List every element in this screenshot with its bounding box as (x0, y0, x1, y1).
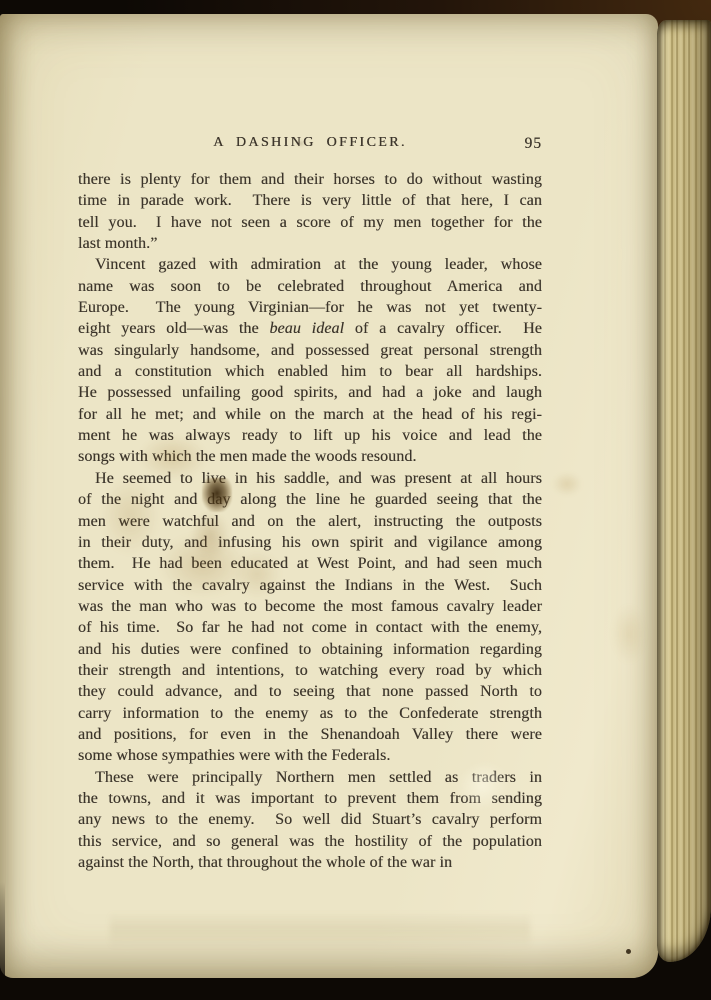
text-line: and his duties were confined to obtainin… (78, 639, 542, 660)
text-line: of his time. So far he had not come in c… (78, 617, 542, 638)
text-line: this service, and so general was the hos… (78, 831, 542, 852)
book-page: A DASHING OFFICER. 95 there is plenty fo… (0, 14, 658, 978)
text-line: Europe. The young Virginian—for he was n… (78, 297, 542, 318)
page-number: 95 (525, 135, 543, 153)
text-line: they could advance, and to seeing that n… (78, 681, 542, 702)
text-line: some whose sympathies were with the Fede… (78, 745, 542, 766)
text-line: tell you. I have not seen a score of my … (78, 212, 542, 233)
paper-speck (626, 949, 631, 954)
text-line: eight years old—was the beau ideal of a … (78, 318, 542, 339)
paper-stain (612, 604, 646, 664)
text-line: any news to the enemy. So well did Stuar… (78, 809, 542, 830)
text-line: there is plenty for them and their horse… (78, 169, 542, 190)
text-line: men were watchful and on the alert, inst… (78, 511, 542, 532)
page-curvature-shadow (110, 912, 530, 948)
paragraph: there is plenty for them and their horse… (78, 169, 542, 254)
text-line: was singularly handsome, and possessed g… (78, 340, 542, 361)
text-line: and a constitution which enabled him to … (78, 361, 542, 382)
text-line: songs with which the men made the woods … (78, 446, 542, 467)
page-header: A DASHING OFFICER. 95 (78, 135, 542, 157)
page-text: there is plenty for them and their horse… (78, 169, 542, 873)
text-line: the towns, and it was important to preve… (78, 788, 542, 809)
paragraph: Vincent gazed with admiration at the you… (78, 254, 542, 467)
text-line: their strength and intentions, to watchi… (78, 660, 542, 681)
text-line: in their duty, and infusing his own spir… (78, 532, 542, 553)
text-line: He seemed to live in his saddle, and was… (78, 468, 542, 489)
text-line: of the night and day along the line he g… (78, 489, 542, 510)
paragraph: These were principally Northern men sett… (78, 767, 542, 874)
text-line: them. He had been educated at West Point… (78, 553, 542, 574)
text-line: Vincent gazed with admiration at the you… (78, 254, 542, 275)
text-line: ment he was always ready to lift up his … (78, 425, 542, 446)
text-line: for all he met; and while on the march a… (78, 404, 542, 425)
text-line: time in parade work. There is very littl… (78, 190, 542, 211)
text-line: last month.” (78, 233, 542, 254)
book-fore-edge-pages (657, 20, 711, 962)
text-line: service with the cavalry against the Ind… (78, 575, 542, 596)
paper-stain (552, 472, 582, 496)
text-line: against the North, that throughout the w… (78, 852, 542, 873)
text-line: These were principally Northern men sett… (78, 767, 542, 788)
text-line: He possessed unfailing good spirits, and… (78, 382, 542, 403)
paragraph: He seemed to live in his saddle, and was… (78, 468, 542, 767)
page-corner-shadow (0, 882, 5, 1000)
text-line: name was soon to be celebrated throughou… (78, 276, 542, 297)
text-line: was the man who was to become the most f… (78, 596, 542, 617)
text-line: and positions, for even in the Shenandoa… (78, 724, 542, 745)
text-line: carry information to the enemy as to the… (78, 703, 542, 724)
running-title: A DASHING OFFICER. (78, 135, 542, 151)
